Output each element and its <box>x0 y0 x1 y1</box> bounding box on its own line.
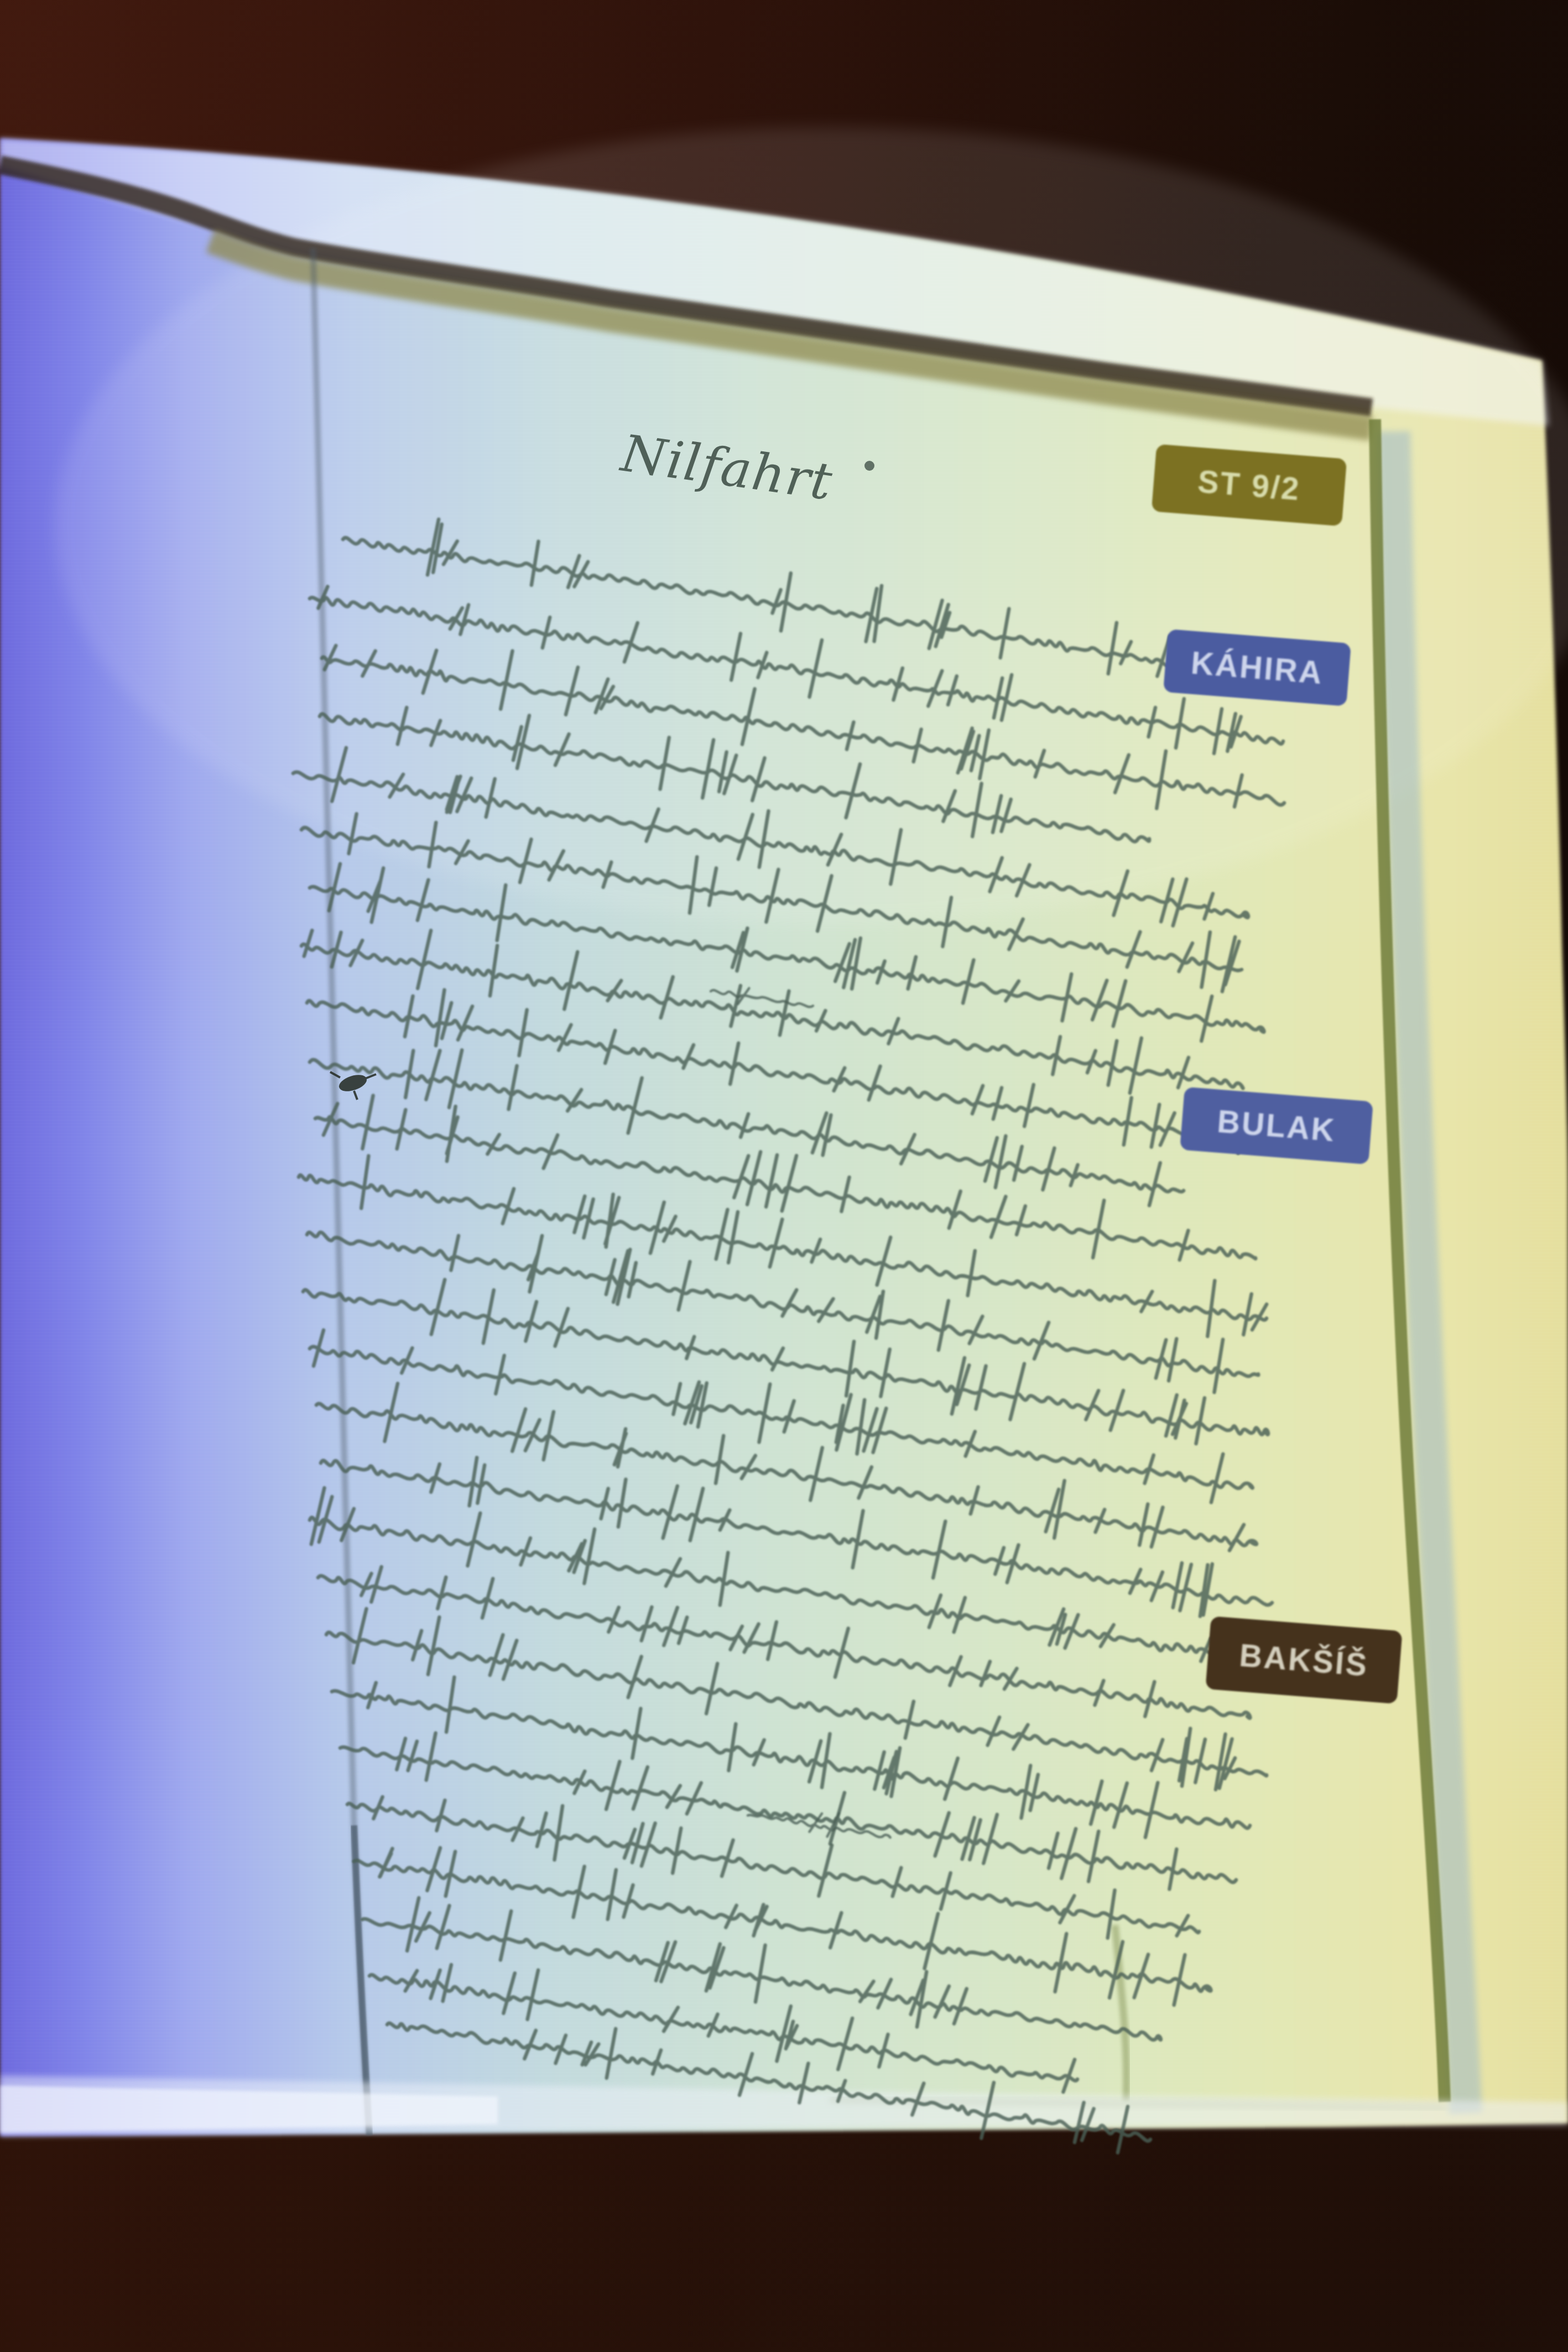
title-period-dot <box>864 461 874 471</box>
projected-manuscript-photo: Nilfahrt ST 9/2 KÁHIRA BULAK BAKŠÍŠ <box>0 0 1568 2352</box>
photograph: Nilfahrt ST 9/2 KÁHIRA BULAK BAKŠÍŠ <box>0 0 1568 2352</box>
badge-baksis: BAKŠÍŠ <box>1205 1616 1402 1704</box>
wall-bottom-band <box>0 2119 1568 2352</box>
